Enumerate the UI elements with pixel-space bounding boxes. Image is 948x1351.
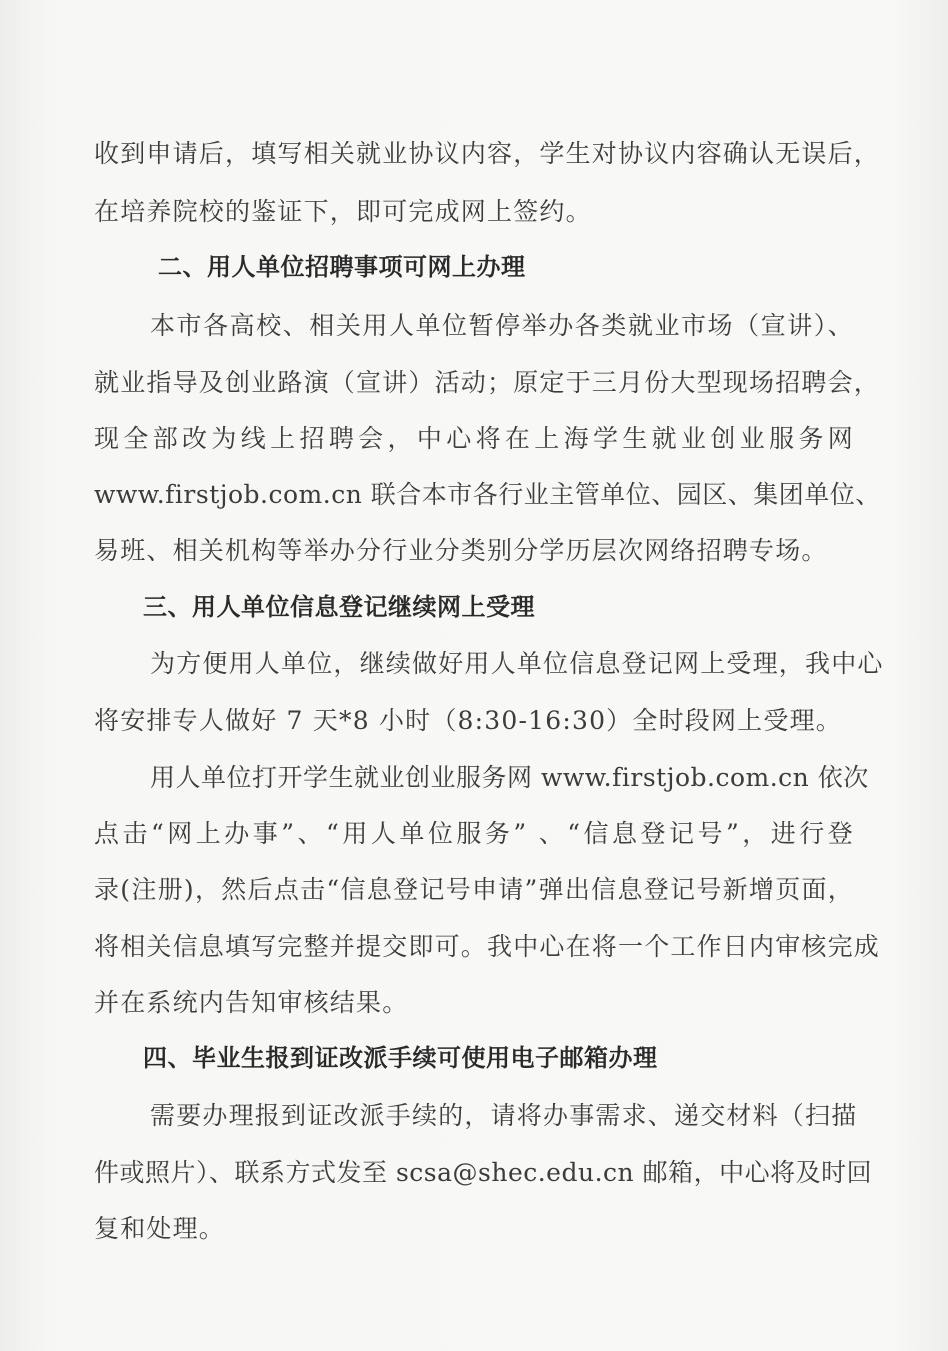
paragraph-line: 复和处理。 [94, 1214, 854, 1244]
continuation-line-1: 收到申请后，填写相关就业协议内容，学生对协议内容确认无误后， [94, 139, 854, 169]
paragraph-line-with-url: 用人单位打开学生就业创业服务网 www.firstjob.com.cn 依次 [150, 763, 854, 793]
paragraph-line: 将相关信息填写完整并提交即可。我中心在将一个工作日内审核完成 [94, 932, 854, 962]
paragraph-line: 为方便用人单位，继续做好用人单位信息登记网上受理，我中心 [150, 649, 854, 679]
section-heading-recruitment: 二、用人单位招聘事项可网上办理 [158, 252, 526, 282]
paragraph-line-service-hours: 将安排专人做好 7 天*8 小时（8:30-16:30）全时段网上受理。 [94, 706, 854, 736]
paragraph-line: 就业指导及创业路演（宣讲）活动；原定于三月份大型现场招聘会， [94, 368, 854, 398]
paragraph-line: 现全部改为线上招聘会，中心将在上海学生就业创业服务网 [94, 424, 854, 454]
paragraph-line: 录(注册)，然后点击“信息登记号申请”弹出信息登记号新增页面， [94, 875, 854, 905]
paragraph-line-with-email: 件或照片）、联系方式发至 scsa@shec.edu.cn 邮箱，中心将及时回 [94, 1158, 854, 1188]
section-heading-email-processing: 四、毕业生报到证改派手续可使用电子邮箱办理 [143, 1043, 658, 1073]
paragraph-line: 本市各高校、相关用人单位暂停举办各类就业市场（宣讲）、 [150, 311, 854, 341]
paragraph-line: 需要办理报到证改派手续的，请将办事需求、递交材料（扫描 [150, 1101, 854, 1131]
section-heading-registration: 三、用人单位信息登记继续网上受理 [143, 592, 535, 622]
paragraph-line-with-url: www.firstjob.com.cn 联合本市各行业主管单位、园区、集团单位、 [94, 480, 854, 510]
paragraph-line: 易班、相关机构等举办分行业分类别分学历层次网络招聘专场。 [94, 536, 854, 566]
paragraph-line: 并在系统内告知审核结果。 [94, 988, 854, 1018]
continuation-line-2: 在培养院校的鉴证下，即可完成网上签约。 [94, 197, 854, 227]
paragraph-line: 点击“网上办事”、“用人单位服务” 、“信息登记号”，进行登 [94, 819, 854, 849]
document-page: 收到申请后，填写相关就业协议内容，学生对协议内容确认无误后， 在培养院校的鉴证下… [0, 0, 948, 1351]
